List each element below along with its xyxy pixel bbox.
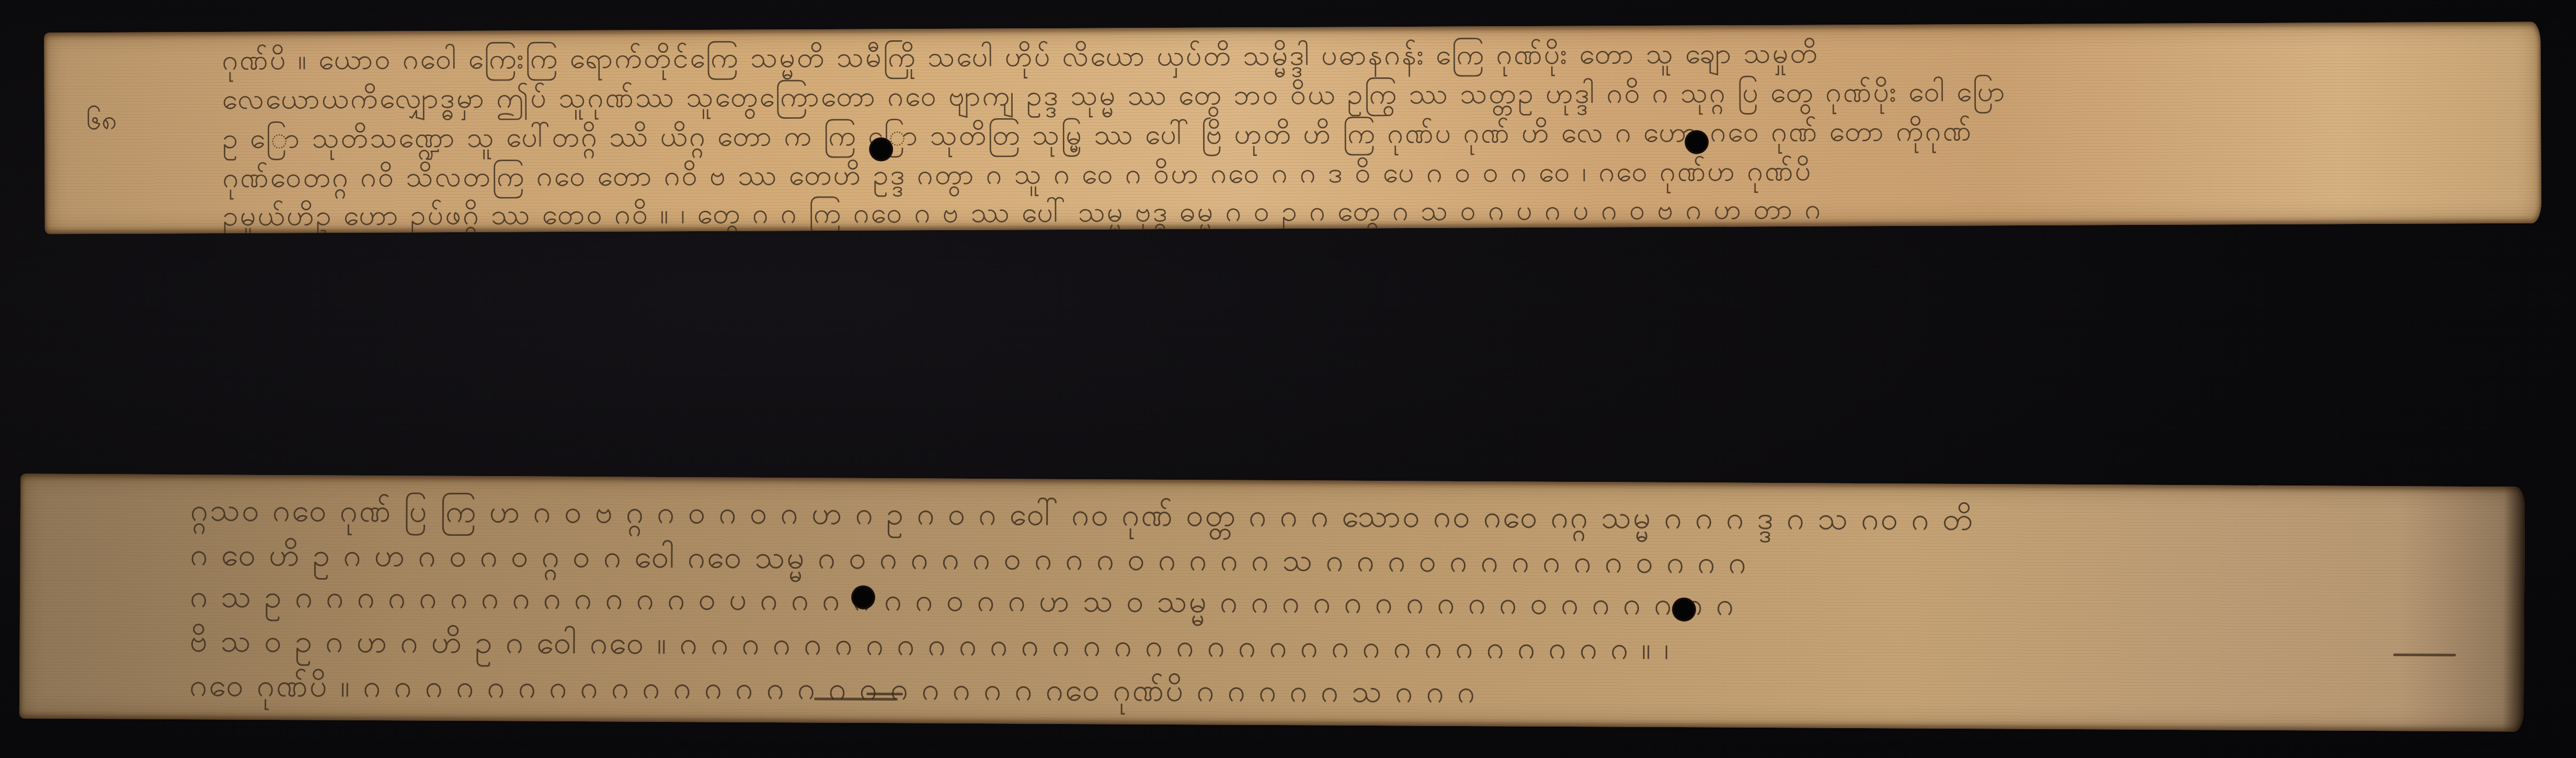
leaf-number: ၆၈ xyxy=(86,103,117,143)
string-hole-right xyxy=(1685,130,1709,154)
string-hole-left xyxy=(851,585,875,609)
palm-leaf-lower: ဂ္ဂသဝ ဂဝေ ဂုဏ် ပြ ကြ ဟ ဂ ဝ ဗ ဂ္ဂ ဂ ဝ ဂ ဝ… xyxy=(19,473,2525,731)
palm-leaf-upper: ၆၈ ဂုဏ်ပိ ။ ယောဝ ဂဝေါ ကြေးကြ ရောက်တိုင်က… xyxy=(44,22,2541,234)
line-end-dash xyxy=(2393,653,2456,657)
string-hole-right xyxy=(1672,597,1696,621)
line-end-dash xyxy=(814,697,898,700)
line-end-dash xyxy=(866,693,903,695)
charred-edge xyxy=(2503,487,2525,731)
string-hole-left xyxy=(869,137,893,161)
script-line: ဂဝေ ဂုဏ်ပိ ။ ဂ ဂ ဂ ဂ ဂ ဂ ဂ ဂ ဂ ဂ ဂ ဂ ဂ ဂ… xyxy=(189,665,1476,718)
